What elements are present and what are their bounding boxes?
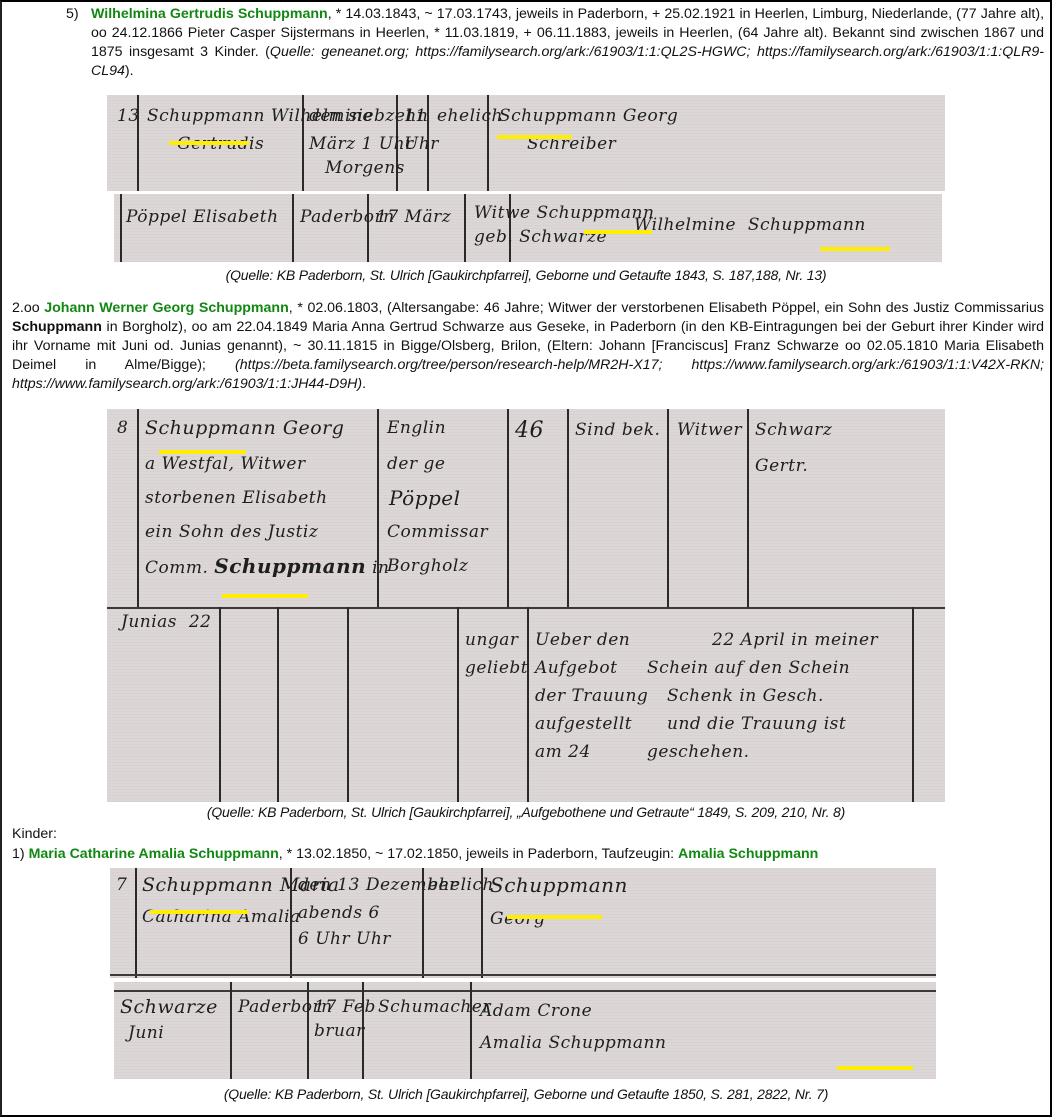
record-caption: (Quelle: KB Paderborn, St. Ulrich [Gauki… <box>2 803 1050 821</box>
record-scan-1850-top: 7 Schuppmann Maria Catharina Amalia den … <box>110 868 936 978</box>
highlight-mark <box>169 141 249 145</box>
record-scan-1849-top: 8 Schuppmann Georg a Westfal, Witwer sto… <box>107 409 945 607</box>
entry-5-paragraph: 5) Wilhelmina Gertrudis Schuppmann, * 14… <box>66 5 1044 81</box>
highlight-mark <box>820 247 890 251</box>
source-label: Quelle: <box>270 44 315 60</box>
record-scan-1850-bottom: Schwarze Juni Paderborn 17 Feb bruar Sch… <box>114 982 936 1079</box>
document-page: 5) Wilhelmina Gertrudis Schuppmann, * 14… <box>0 0 1052 1117</box>
record-scan-1849-bottom: Junias 22 ungar geliebt Ueber den Aufgeb… <box>107 607 945 802</box>
highlight-mark <box>150 910 248 914</box>
highlight-mark <box>584 230 652 234</box>
person-name[interactable]: Maria Catharine Amalia Schuppmann <box>29 846 279 862</box>
highlight-mark <box>837 1066 913 1070</box>
child-entry-1: 1) Maria Catharine Amalia Schuppmann, * … <box>12 845 818 864</box>
highlight-mark <box>507 915 602 919</box>
person-name[interactable]: Wilhelmina Gertrudis Schuppmann <box>91 6 328 22</box>
children-label: Kinder: <box>12 825 57 844</box>
highlight-mark <box>497 135 572 139</box>
highlight-mark <box>222 594 308 598</box>
record-caption: (Quelle: KB Paderborn, St. Ulrich [Gauki… <box>2 266 1050 284</box>
entry-marriage-paragraph: 2.oo Johann Werner Georg Schuppmann, * 0… <box>12 299 1044 394</box>
godmother-name[interactable]: Amalia Schuppmann <box>678 846 818 862</box>
record-caption: (Quelle: KB Paderborn, St. Ulrich [Gauki… <box>2 1085 1050 1103</box>
entry-number: 5) <box>66 5 79 24</box>
person-name[interactable]: Johann Werner Georg Schuppmann <box>44 300 289 316</box>
bold-surname: Schuppmann <box>12 319 102 335</box>
highlight-mark <box>159 450 246 454</box>
record-scan-1843-top: 13 Schuppmann Wilhelmine Gertrudis den s… <box>107 95 945 191</box>
record-scan-1843-bottom: Pöppel Elisabeth Paderborn 17 März Witwe… <box>114 194 942 262</box>
